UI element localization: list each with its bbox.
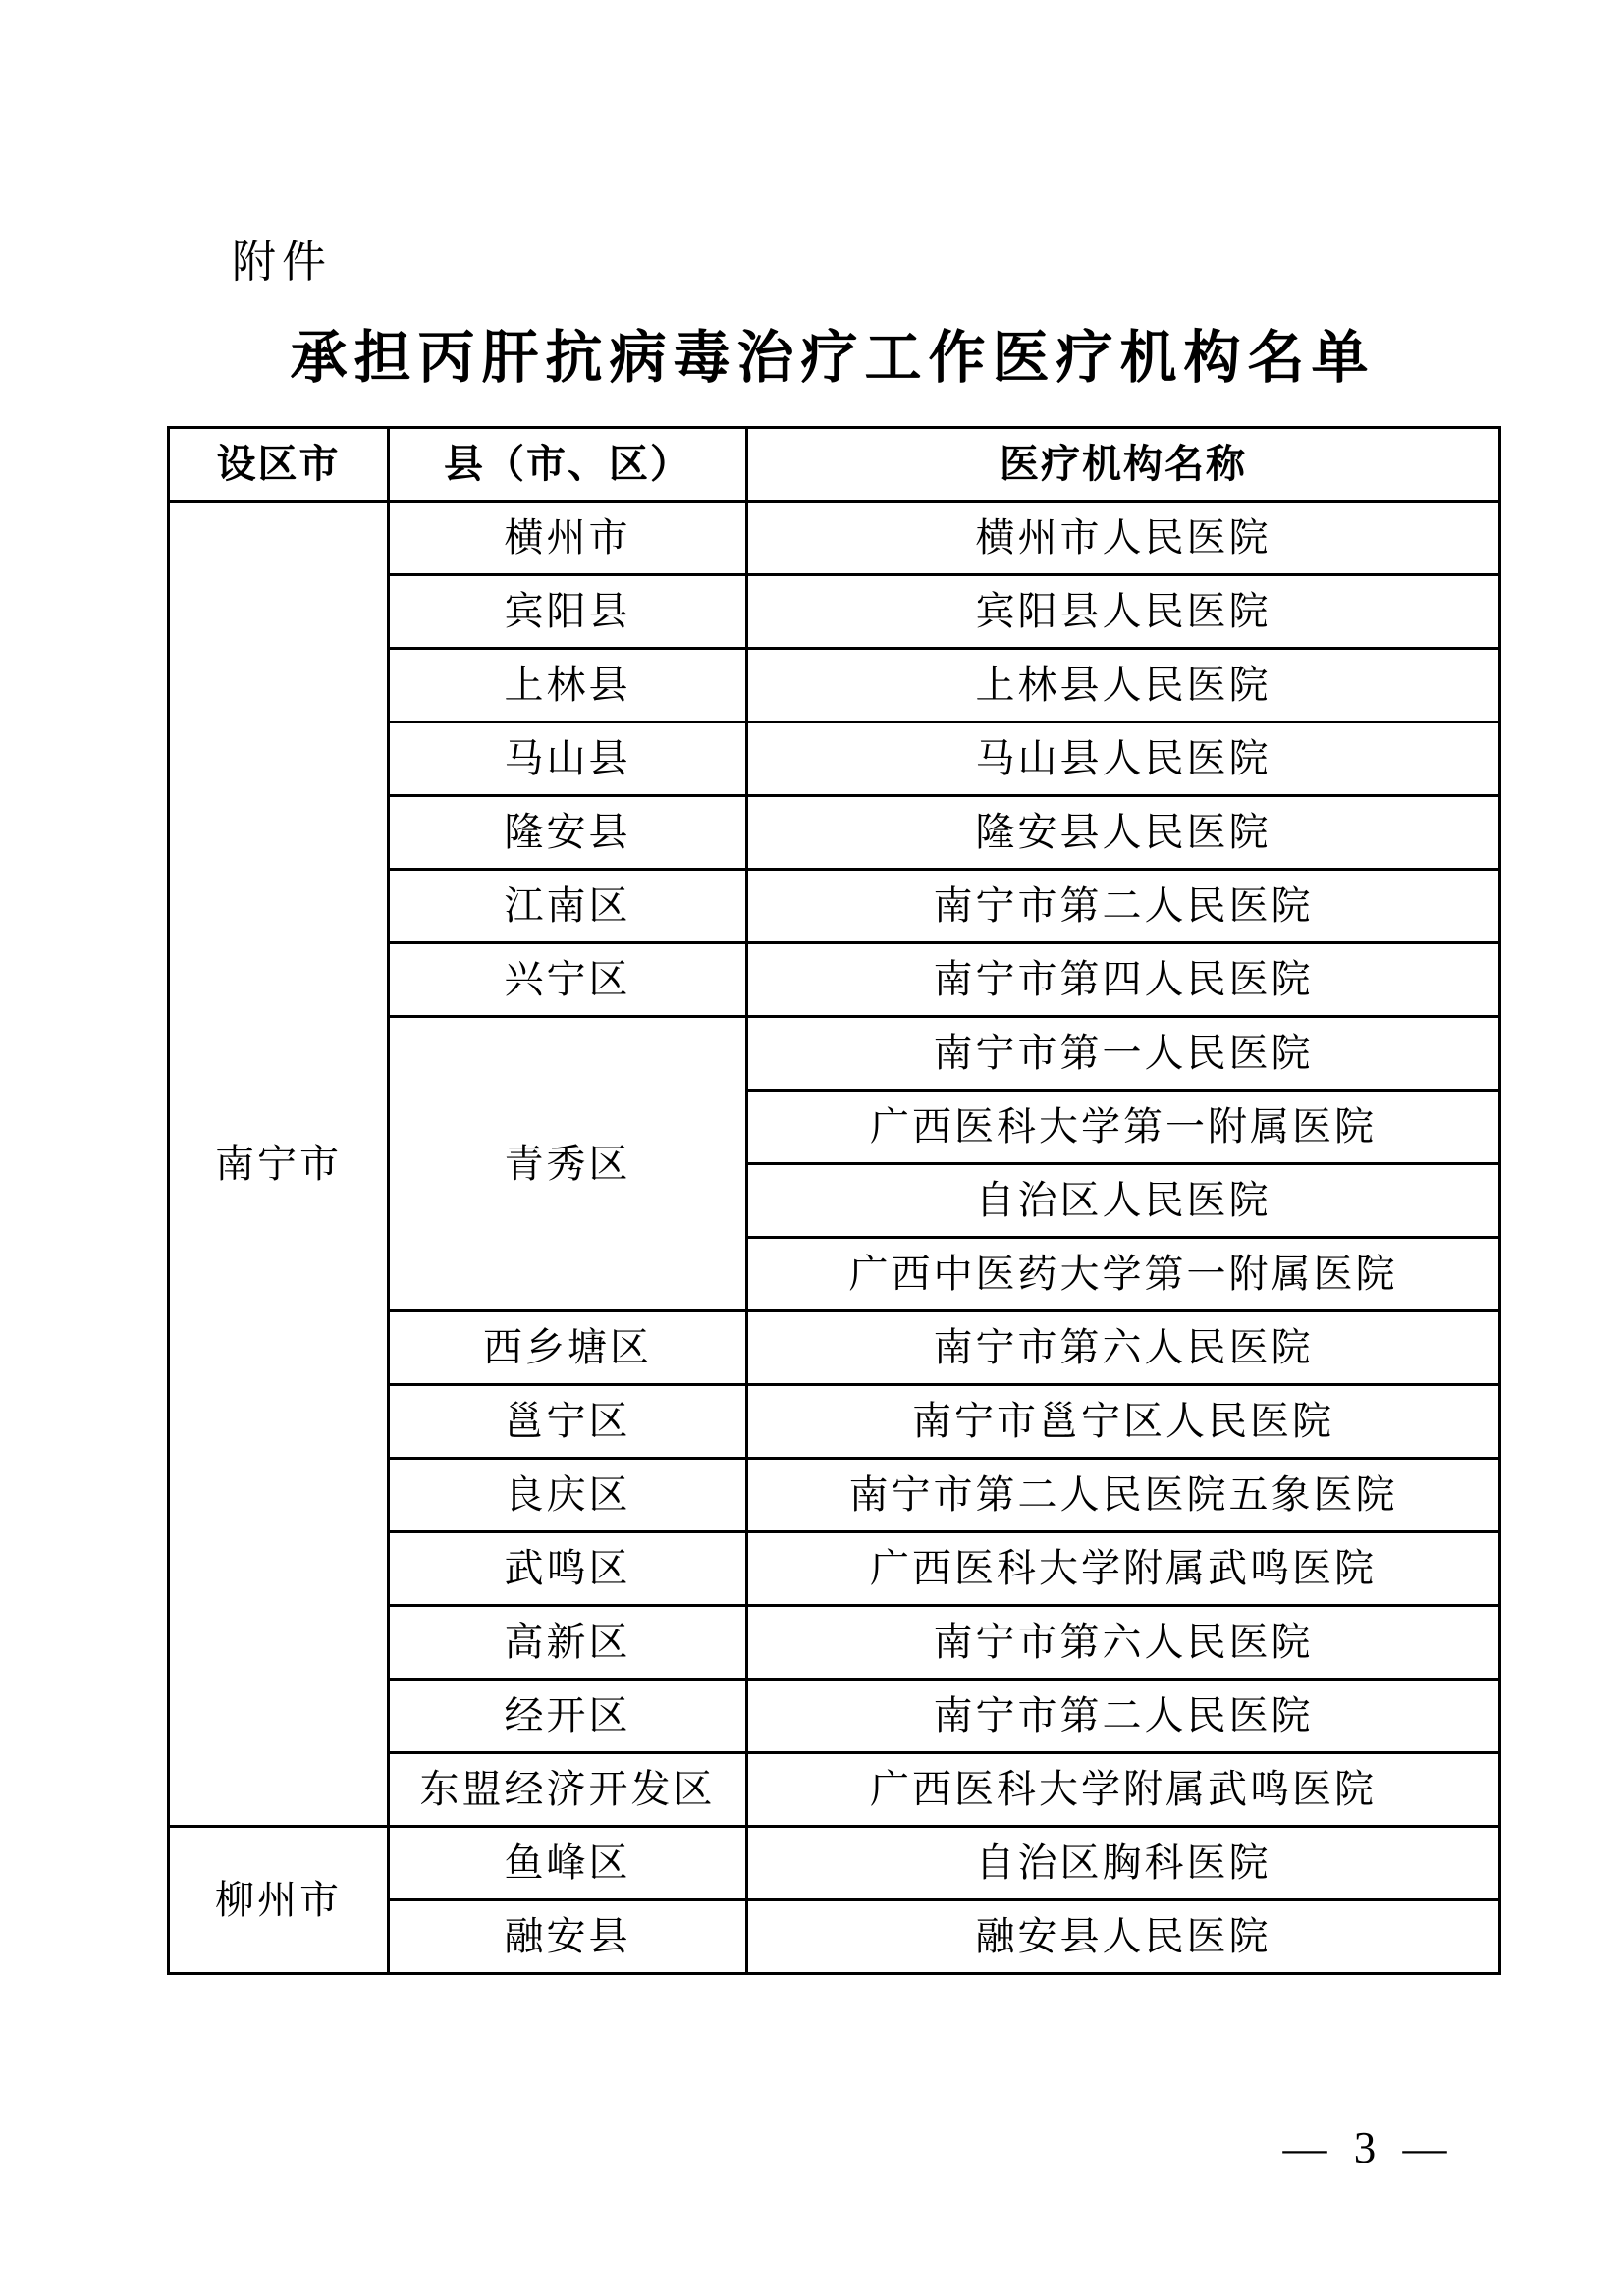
hospital-cell: 自治区人民医院 xyxy=(747,1164,1500,1238)
county-cell: 西乡塘区 xyxy=(389,1311,747,1385)
attachment-label: 附件 xyxy=(232,240,332,284)
county-cell: 上林县 xyxy=(389,649,747,722)
header-city: 设区市 xyxy=(169,428,389,502)
hospital-cell: 南宁市邕宁区人民医院 xyxy=(747,1385,1500,1459)
county-cell: 马山县 xyxy=(389,722,747,796)
hospital-cell: 广西中医药大学第一附属医院 xyxy=(747,1238,1500,1311)
document-page: 附件 承担丙肝抗病毒治疗工作医疗机构名单 设区市 县（市、区） 医疗机构名称 南… xyxy=(0,0,1624,2296)
county-cell: 横州市 xyxy=(389,502,747,575)
hospital-cell: 马山县人民医院 xyxy=(747,722,1500,796)
hospital-cell: 广西医科大学附属武鸣医院 xyxy=(747,1753,1500,1827)
county-cell: 东盟经济开发区 xyxy=(389,1753,747,1827)
county-cell: 青秀区 xyxy=(389,1017,747,1311)
table-row: 南宁市 横州市 横州市人民医院 xyxy=(169,502,1500,575)
page-number: — 3 — xyxy=(1237,2126,1492,2170)
county-cell: 兴宁区 xyxy=(389,943,747,1017)
header-county: 县（市、区） xyxy=(389,428,747,502)
hospital-cell: 南宁市第一人民医院 xyxy=(747,1017,1500,1091)
county-cell: 经开区 xyxy=(389,1680,747,1753)
city-cell: 南宁市 xyxy=(169,502,389,1827)
hospital-cell: 南宁市第四人民医院 xyxy=(747,943,1500,1017)
table-row: 柳州市 鱼峰区 自治区胸科医院 xyxy=(169,1827,1500,1900)
header-hospital: 医疗机构名称 xyxy=(747,428,1500,502)
county-cell: 鱼峰区 xyxy=(389,1827,747,1900)
hospital-cell: 广西医科大学附属武鸣医院 xyxy=(747,1532,1500,1606)
hospital-table: 设区市 县（市、区） 医疗机构名称 南宁市 横州市 横州市人民医院 宾阳县 宾阳… xyxy=(167,426,1501,1975)
county-cell: 高新区 xyxy=(389,1606,747,1680)
county-cell: 良庆区 xyxy=(389,1459,747,1532)
county-cell: 融安县 xyxy=(389,1900,747,1974)
hospital-cell: 南宁市第二人民医院 xyxy=(747,870,1500,943)
county-cell: 邕宁区 xyxy=(389,1385,747,1459)
hospital-cell: 宾阳县人民医院 xyxy=(747,575,1500,649)
hospital-cell: 自治区胸科医院 xyxy=(747,1827,1500,1900)
hospital-cell: 隆安县人民医院 xyxy=(747,796,1500,870)
page-title: 承担丙肝抗病毒治疗工作医疗机构名单 xyxy=(167,326,1498,392)
table-header-row: 设区市 县（市、区） 医疗机构名称 xyxy=(169,428,1500,502)
county-cell: 隆安县 xyxy=(389,796,747,870)
hospital-cell: 南宁市第二人民医院 xyxy=(747,1680,1500,1753)
hospital-cell: 上林县人民医院 xyxy=(747,649,1500,722)
county-cell: 武鸣区 xyxy=(389,1532,747,1606)
hospital-cell: 融安县人民医院 xyxy=(747,1900,1500,1974)
hospital-cell: 南宁市第六人民医院 xyxy=(747,1606,1500,1680)
hospital-cell: 南宁市第二人民医院五象医院 xyxy=(747,1459,1500,1532)
county-cell: 宾阳县 xyxy=(389,575,747,649)
county-cell: 江南区 xyxy=(389,870,747,943)
city-cell: 柳州市 xyxy=(169,1827,389,1974)
hospital-cell: 广西医科大学第一附属医院 xyxy=(747,1091,1500,1164)
hospital-cell: 南宁市第六人民医院 xyxy=(747,1311,1500,1385)
hospital-cell: 横州市人民医院 xyxy=(747,502,1500,575)
